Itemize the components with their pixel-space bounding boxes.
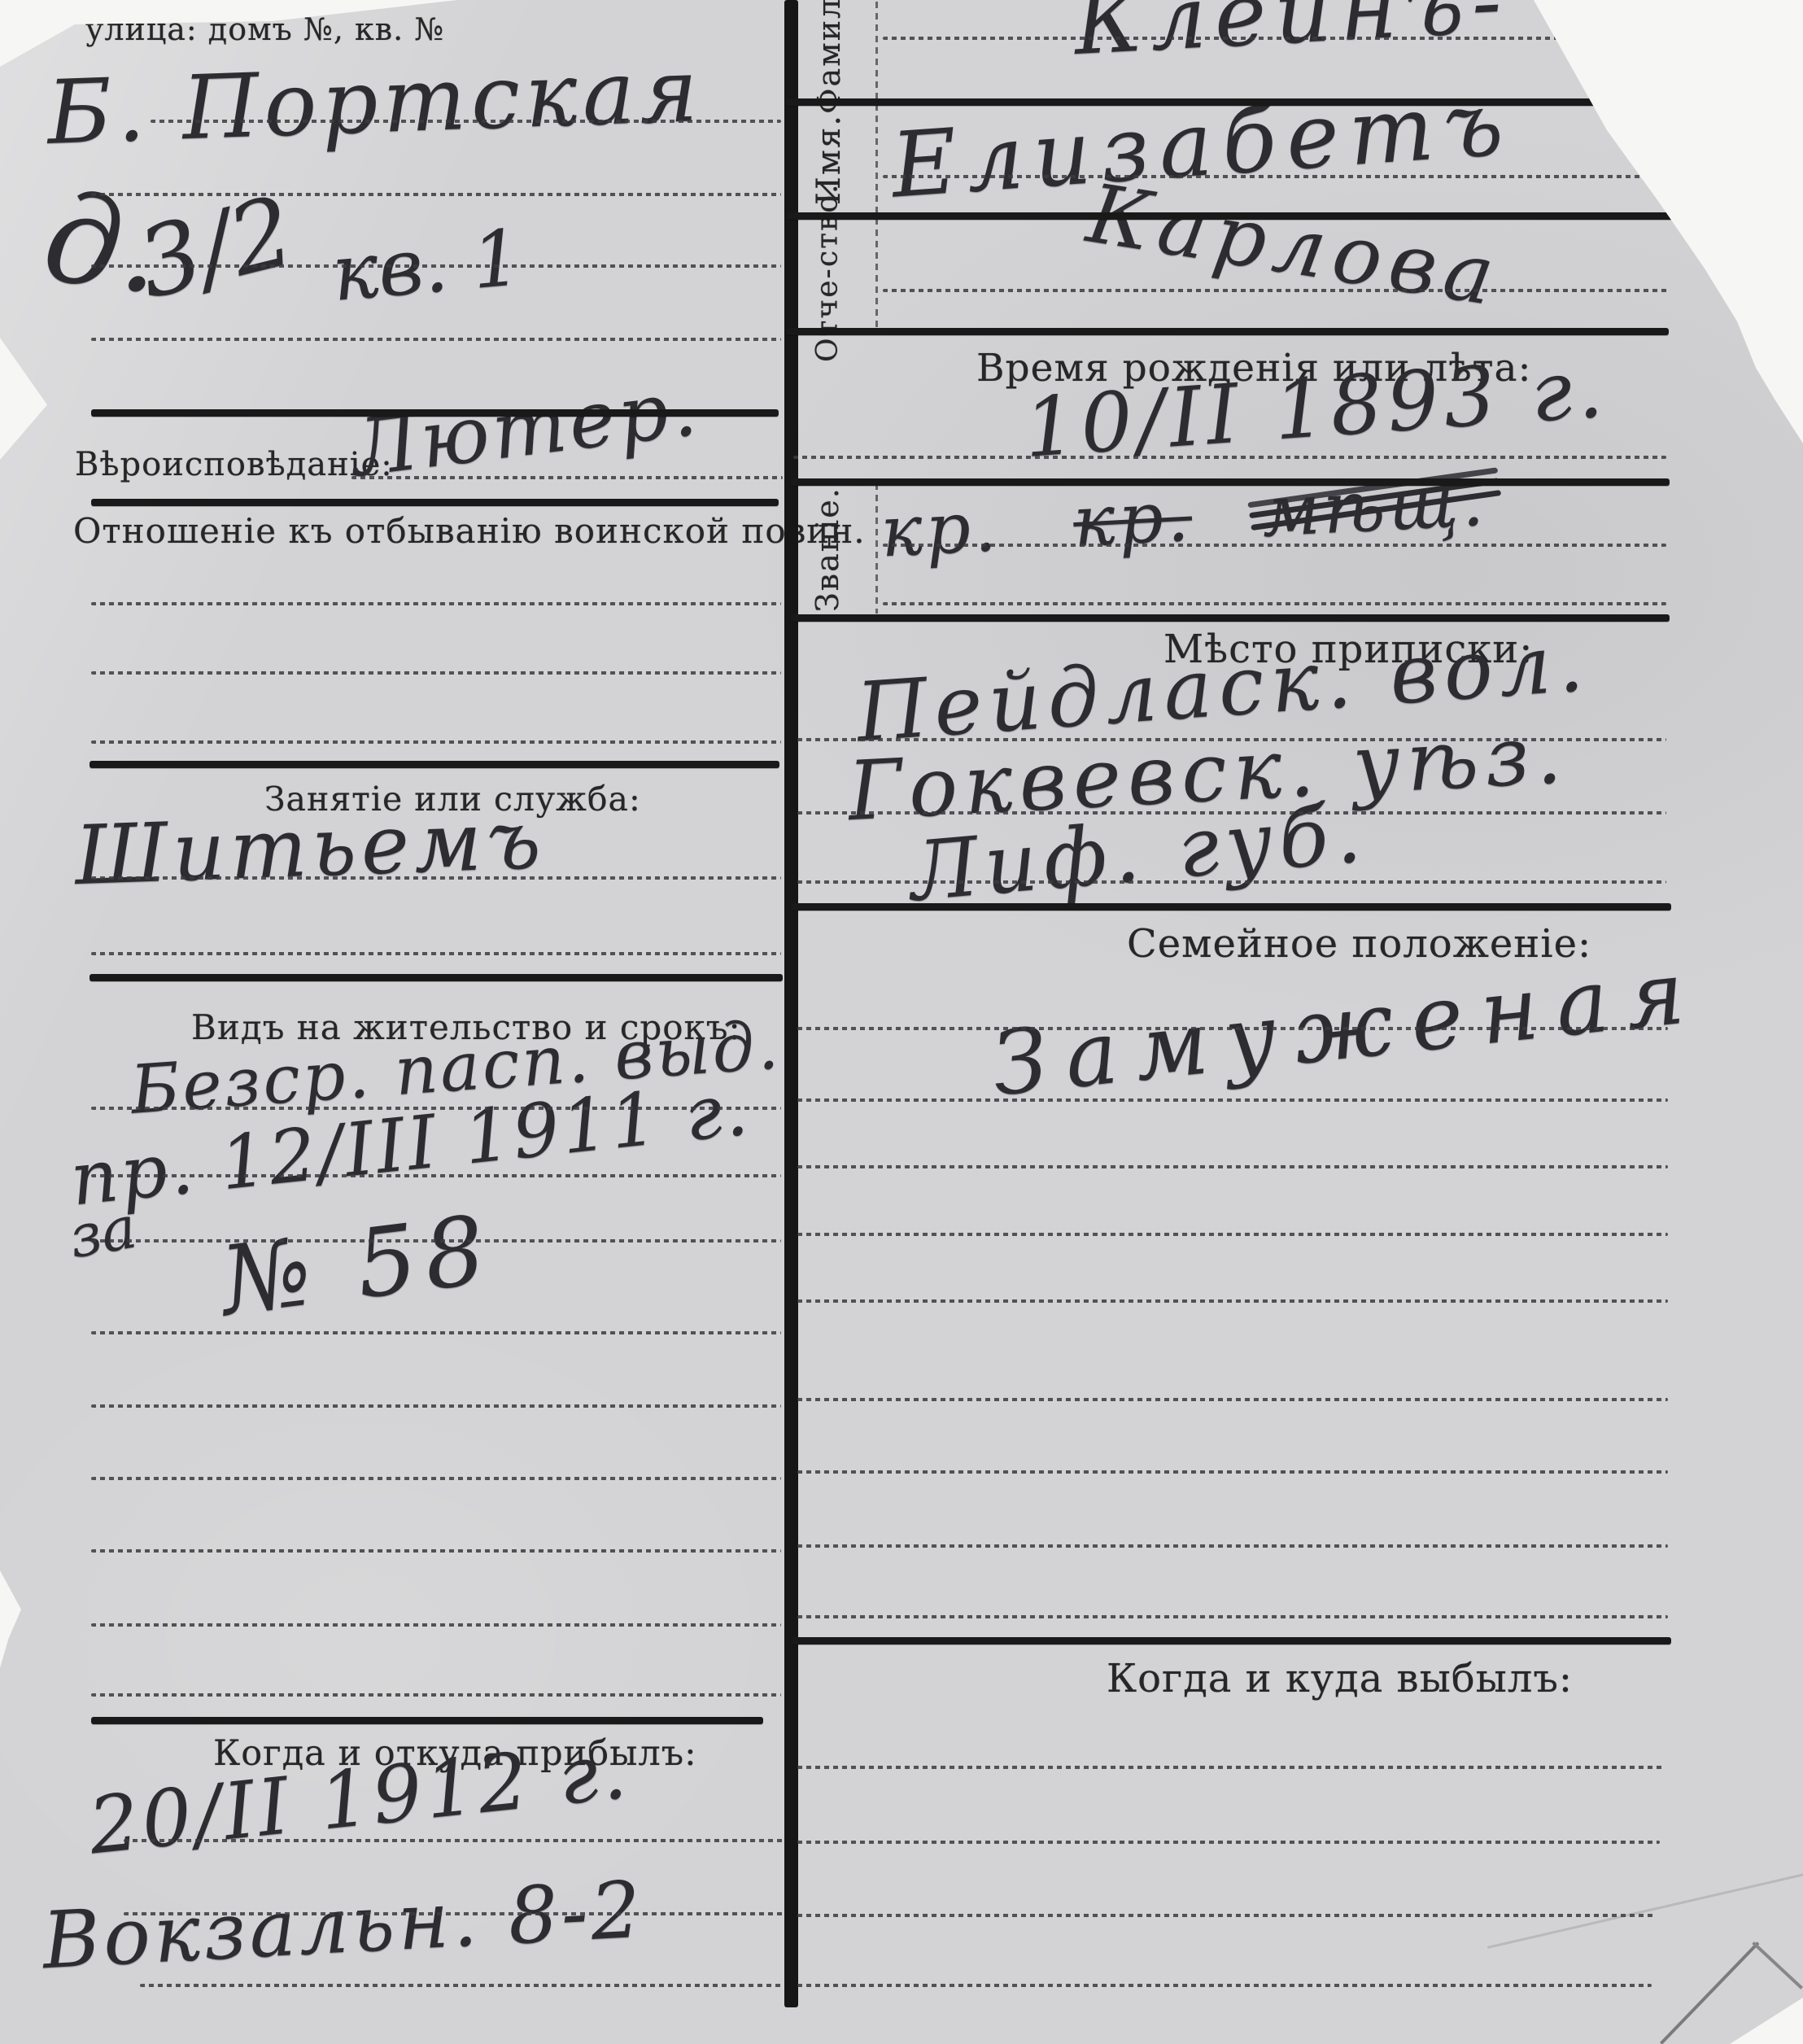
- label-separator-line-top: [875, 2, 878, 327]
- section-rule-line: [91, 409, 779, 417]
- dotted-line: [883, 602, 1666, 605]
- dotted-line: [797, 1299, 1668, 1303]
- patronymic-handwriting: Карлова: [1082, 173, 1507, 319]
- section-rule-line: [91, 499, 779, 506]
- section-rule-line: [89, 974, 783, 981]
- address-label: улица: домъ №, кв. №: [85, 11, 444, 47]
- label-separator-line-rank: [875, 483, 878, 614]
- registration-card: улица: домъ №, кв. № Б. Портская д. 3/2 …: [0, 0, 1803, 2044]
- section-rule-line: [791, 614, 1670, 622]
- dotted-line: [351, 476, 783, 479]
- scan-background: улица: домъ №, кв. № Б. Портская д. 3/2 …: [0, 0, 1803, 2044]
- dotted-line: [91, 671, 781, 675]
- dotted-line: [91, 1623, 781, 1627]
- departure-label: Когда и куда выбылъ:: [1107, 1656, 1573, 1701]
- patronymic-row-label: Отче- ство.: [791, 218, 864, 327]
- dotted-line: [797, 1615, 1668, 1618]
- rank-row-label: Званіе.: [799, 485, 856, 614]
- dotted-line: [797, 880, 1666, 884]
- dotted-line: [91, 1477, 781, 1480]
- dotted-line: [91, 1693, 781, 1697]
- section-rule-line: [89, 761, 779, 768]
- dotted-line: [91, 1331, 781, 1334]
- street-handwriting: Б. Портская: [46, 47, 704, 158]
- rank-value: кр.: [879, 486, 1002, 573]
- dotted-line: [91, 876, 781, 880]
- dotted-line: [883, 175, 1696, 178]
- dotted-line: [91, 602, 781, 605]
- dotted-line: [91, 1107, 781, 1110]
- dotted-line: [793, 456, 1666, 459]
- dotted-line: [883, 289, 1668, 292]
- section-rule-line: [91, 1717, 763, 1724]
- dotted-line: [797, 1027, 1668, 1030]
- dotted-line: [124, 1912, 784, 1915]
- section-rule-line: [786, 212, 1681, 220]
- bottom-note-handwriting: Вокзальн. 8-2: [41, 1871, 646, 1981]
- religion-label: Вѣроисповѣданіе:: [75, 446, 393, 483]
- surname-row-label: Фамил.: [797, 0, 861, 99]
- dotted-line: [883, 544, 1666, 547]
- section-rule-line: [786, 98, 1616, 106]
- dotted-line: [797, 1984, 1652, 1987]
- section-rule-line: [791, 903, 1671, 911]
- dotted-line: [151, 120, 781, 123]
- dotted-line: [91, 1549, 781, 1553]
- surname-handwriting: Клейнъ-: [1072, 0, 1512, 68]
- section-rule-line: [791, 1637, 1671, 1644]
- residence-number-handwriting: № 58: [216, 1203, 498, 1330]
- dotted-line: [797, 738, 1666, 741]
- fold-line-bottom-right-a: [1660, 1941, 1759, 2044]
- dotted-line: [797, 1398, 1668, 1401]
- occupation-handwriting: Шитьемъ: [73, 799, 547, 897]
- dotted-line: [91, 952, 781, 955]
- dotted-line: [91, 1239, 781, 1243]
- dotted-line: [91, 1174, 781, 1177]
- rank-value-overwritten: кр.: [1072, 476, 1194, 563]
- military-duty-label: Отношеніе къ отбыванію воинской повин.: [73, 511, 866, 551]
- dotted-line: [797, 1233, 1668, 1236]
- fold-line-bottom-right-b: [1752, 1941, 1803, 1989]
- dotted-line: [140, 1984, 784, 1987]
- dotted-line: [797, 811, 1666, 815]
- religion-handwriting: Лютер.: [348, 368, 704, 487]
- residence-za-handwriting: за: [64, 1197, 140, 1266]
- dotted-line: [797, 1544, 1668, 1548]
- dotted-line: [797, 1098, 1668, 1102]
- dotted-line: [797, 1841, 1660, 1844]
- dotted-line: [91, 740, 781, 744]
- dotted-line: [124, 1839, 784, 1842]
- dotted-line: [797, 1914, 1656, 1917]
- dotted-line: [883, 37, 1619, 40]
- dotted-line: [797, 1165, 1668, 1168]
- dotted-line: [91, 1404, 781, 1408]
- section-rule-line: [786, 328, 1669, 335]
- dotted-line: [91, 264, 781, 268]
- fold-crease-bottom-right: [1487, 1873, 1803, 1949]
- dotted-line: [797, 1766, 1664, 1769]
- dotted-line: [91, 338, 781, 341]
- section-rule-line: [791, 478, 1670, 486]
- dotted-line: [797, 1470, 1668, 1474]
- dotted-line: [91, 193, 781, 196]
